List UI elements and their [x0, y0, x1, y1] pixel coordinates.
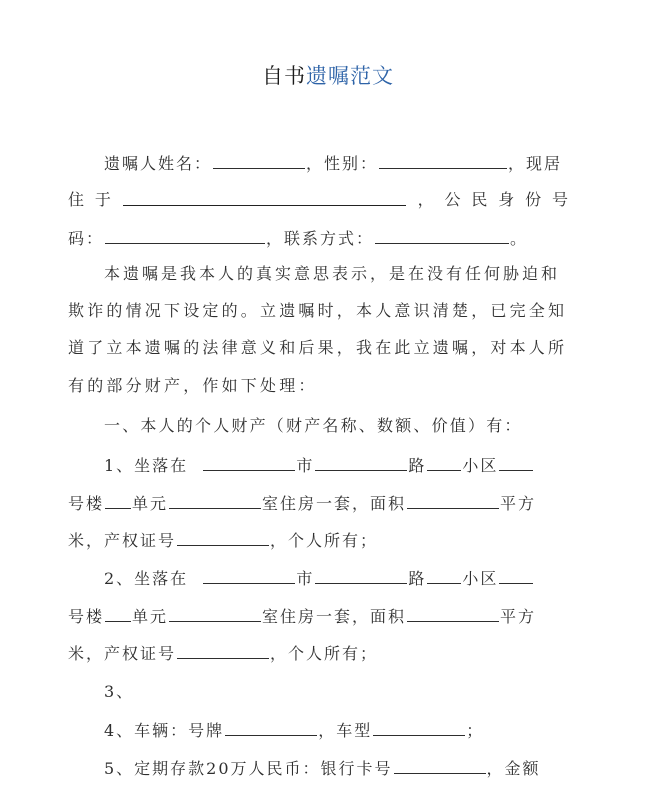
residence-label: ，现居: [508, 154, 562, 173]
item-1-building-blank[interactable]: [499, 455, 533, 471]
id-label-char: 号: [552, 190, 568, 210]
name-blank[interactable]: [213, 153, 305, 169]
intro-line-4: 有的部分财产，作如下处理：: [68, 376, 568, 396]
name-label: 遗嘱人姓名：: [104, 154, 212, 173]
deposit-label: 5、定期存款20万人民币：银行卡号: [104, 759, 393, 778]
card-number-blank[interactable]: [394, 758, 486, 774]
id-label-char: 公: [444, 190, 460, 210]
model-blank[interactable]: [373, 720, 465, 736]
id-label-char: 份: [525, 190, 541, 210]
contact-blank[interactable]: [375, 228, 509, 244]
item-1-district-blank[interactable]: [427, 455, 461, 471]
road-label: 路: [408, 456, 426, 475]
residence-label-zhu: 住: [68, 190, 84, 210]
item-2-city-blank[interactable]: [203, 568, 295, 584]
address-blank[interactable]: [123, 190, 406, 206]
sqm-label: 平方: [500, 494, 536, 513]
plate-blank[interactable]: [225, 720, 317, 736]
item-2-certificate-blank[interactable]: [177, 643, 269, 659]
item-2-building-blank[interactable]: [499, 568, 533, 584]
road-label: 路: [408, 569, 426, 588]
plate-label: 4、车辆：号牌: [104, 721, 224, 740]
intro-line-2: 欺诈的情况下设定的。立遗嘱时，本人意识清楚，已完全知: [68, 301, 568, 321]
unit-label: 单元: [132, 607, 168, 626]
item-2-line-3: 米，产权证号，个人所有；: [68, 643, 568, 664]
sqm-label: 平方: [500, 607, 536, 626]
item-2-road-blank[interactable]: [315, 568, 407, 584]
district-label: 小区: [462, 569, 498, 588]
id-label-char: 民: [471, 190, 487, 210]
document-page: 自书遗嘱范文 遗嘱人姓名：，性别：，现居 住 于 ， 公 民 身 份 号 码：，…: [0, 0, 656, 802]
amount-label: ，金额: [487, 759, 541, 778]
residence-label-yu: 于: [95, 190, 111, 210]
ownership-label: ，个人所有；: [270, 644, 378, 663]
id-label-char: 身: [498, 190, 514, 210]
unit-label: 单元: [132, 494, 168, 513]
item-2-unit-blank[interactable]: [105, 606, 131, 622]
page-title: 自书遗嘱范文: [0, 60, 656, 90]
building-label: 号楼: [68, 494, 104, 513]
city-label: 市: [296, 569, 314, 588]
certificate-label: 米，产权证号: [68, 531, 176, 550]
item-3: 3、: [104, 682, 568, 702]
model-label: ，车型: [318, 721, 372, 740]
item-2-district-blank[interactable]: [427, 568, 461, 584]
certificate-label: 米，产权证号: [68, 644, 176, 663]
item-1-unit-blank[interactable]: [105, 493, 131, 509]
ownership-label: ，个人所有；: [270, 531, 378, 550]
testator-info-line-2: 住 于 ， 公 民 身 份 号: [68, 190, 568, 210]
id-number-blank[interactable]: [105, 228, 265, 244]
item-5-deposit: 5、定期存款20万人民币：银行卡号，金额: [104, 758, 568, 779]
city-label: 市: [296, 456, 314, 475]
item-1-area-blank[interactable]: [407, 493, 499, 509]
gender-blank[interactable]: [379, 153, 507, 169]
semicolon: ；: [466, 721, 484, 740]
section-heading: 一、本人的个人财产（财产名称、数额、价值）有：: [104, 416, 568, 436]
item-1-road-blank[interactable]: [315, 455, 407, 471]
testator-info-line-3: 码：，联系方式：。: [68, 228, 568, 249]
item-2-line-1: 2、坐落在 市路小区: [104, 568, 568, 589]
building-label: 号楼: [68, 607, 104, 626]
item-1-line-2: 号楼单元室住房一套，面积平方: [68, 493, 568, 514]
intro-line-3: 道了立本遗嘱的法律意义和后果，我在此立遗嘱，对本人所: [68, 338, 568, 358]
item-2-area-blank[interactable]: [407, 606, 499, 622]
item-1-room-blank[interactable]: [169, 493, 261, 509]
item-4-vehicle: 4、车辆：号牌，车型；: [104, 720, 568, 741]
id-label-end: 码：: [68, 229, 104, 248]
item-1-certificate-blank[interactable]: [177, 530, 269, 546]
item-2-room-blank[interactable]: [169, 606, 261, 622]
item-1-line-3: 米，产权证号，个人所有；: [68, 530, 568, 551]
item-1-line-1: 1、坐落在 市路小区: [104, 455, 568, 476]
district-label: 小区: [462, 456, 498, 475]
room-label: 室住房一套，面积: [262, 494, 406, 513]
title-accent: 遗嘱范文: [306, 64, 394, 88]
contact-label: ，联系方式：: [266, 229, 374, 248]
id-label-comma: ，: [418, 190, 434, 210]
item-1-city-blank[interactable]: [203, 455, 295, 471]
gender-label: ，性别：: [306, 154, 378, 173]
title-plain: 自书: [262, 64, 306, 88]
period: 。: [510, 229, 528, 248]
item-1-label: 1、坐落在: [104, 456, 188, 475]
item-2-line-2: 号楼单元室住房一套，面积平方: [68, 606, 568, 627]
testator-info-line-1: 遗嘱人姓名：，性别：，现居: [104, 153, 568, 174]
item-2-label: 2、坐落在: [104, 569, 188, 588]
intro-line-1: 本遗嘱是我本人的真实意思表示，是在没有任何胁迫和: [104, 264, 568, 284]
room-label: 室住房一套，面积: [262, 607, 406, 626]
